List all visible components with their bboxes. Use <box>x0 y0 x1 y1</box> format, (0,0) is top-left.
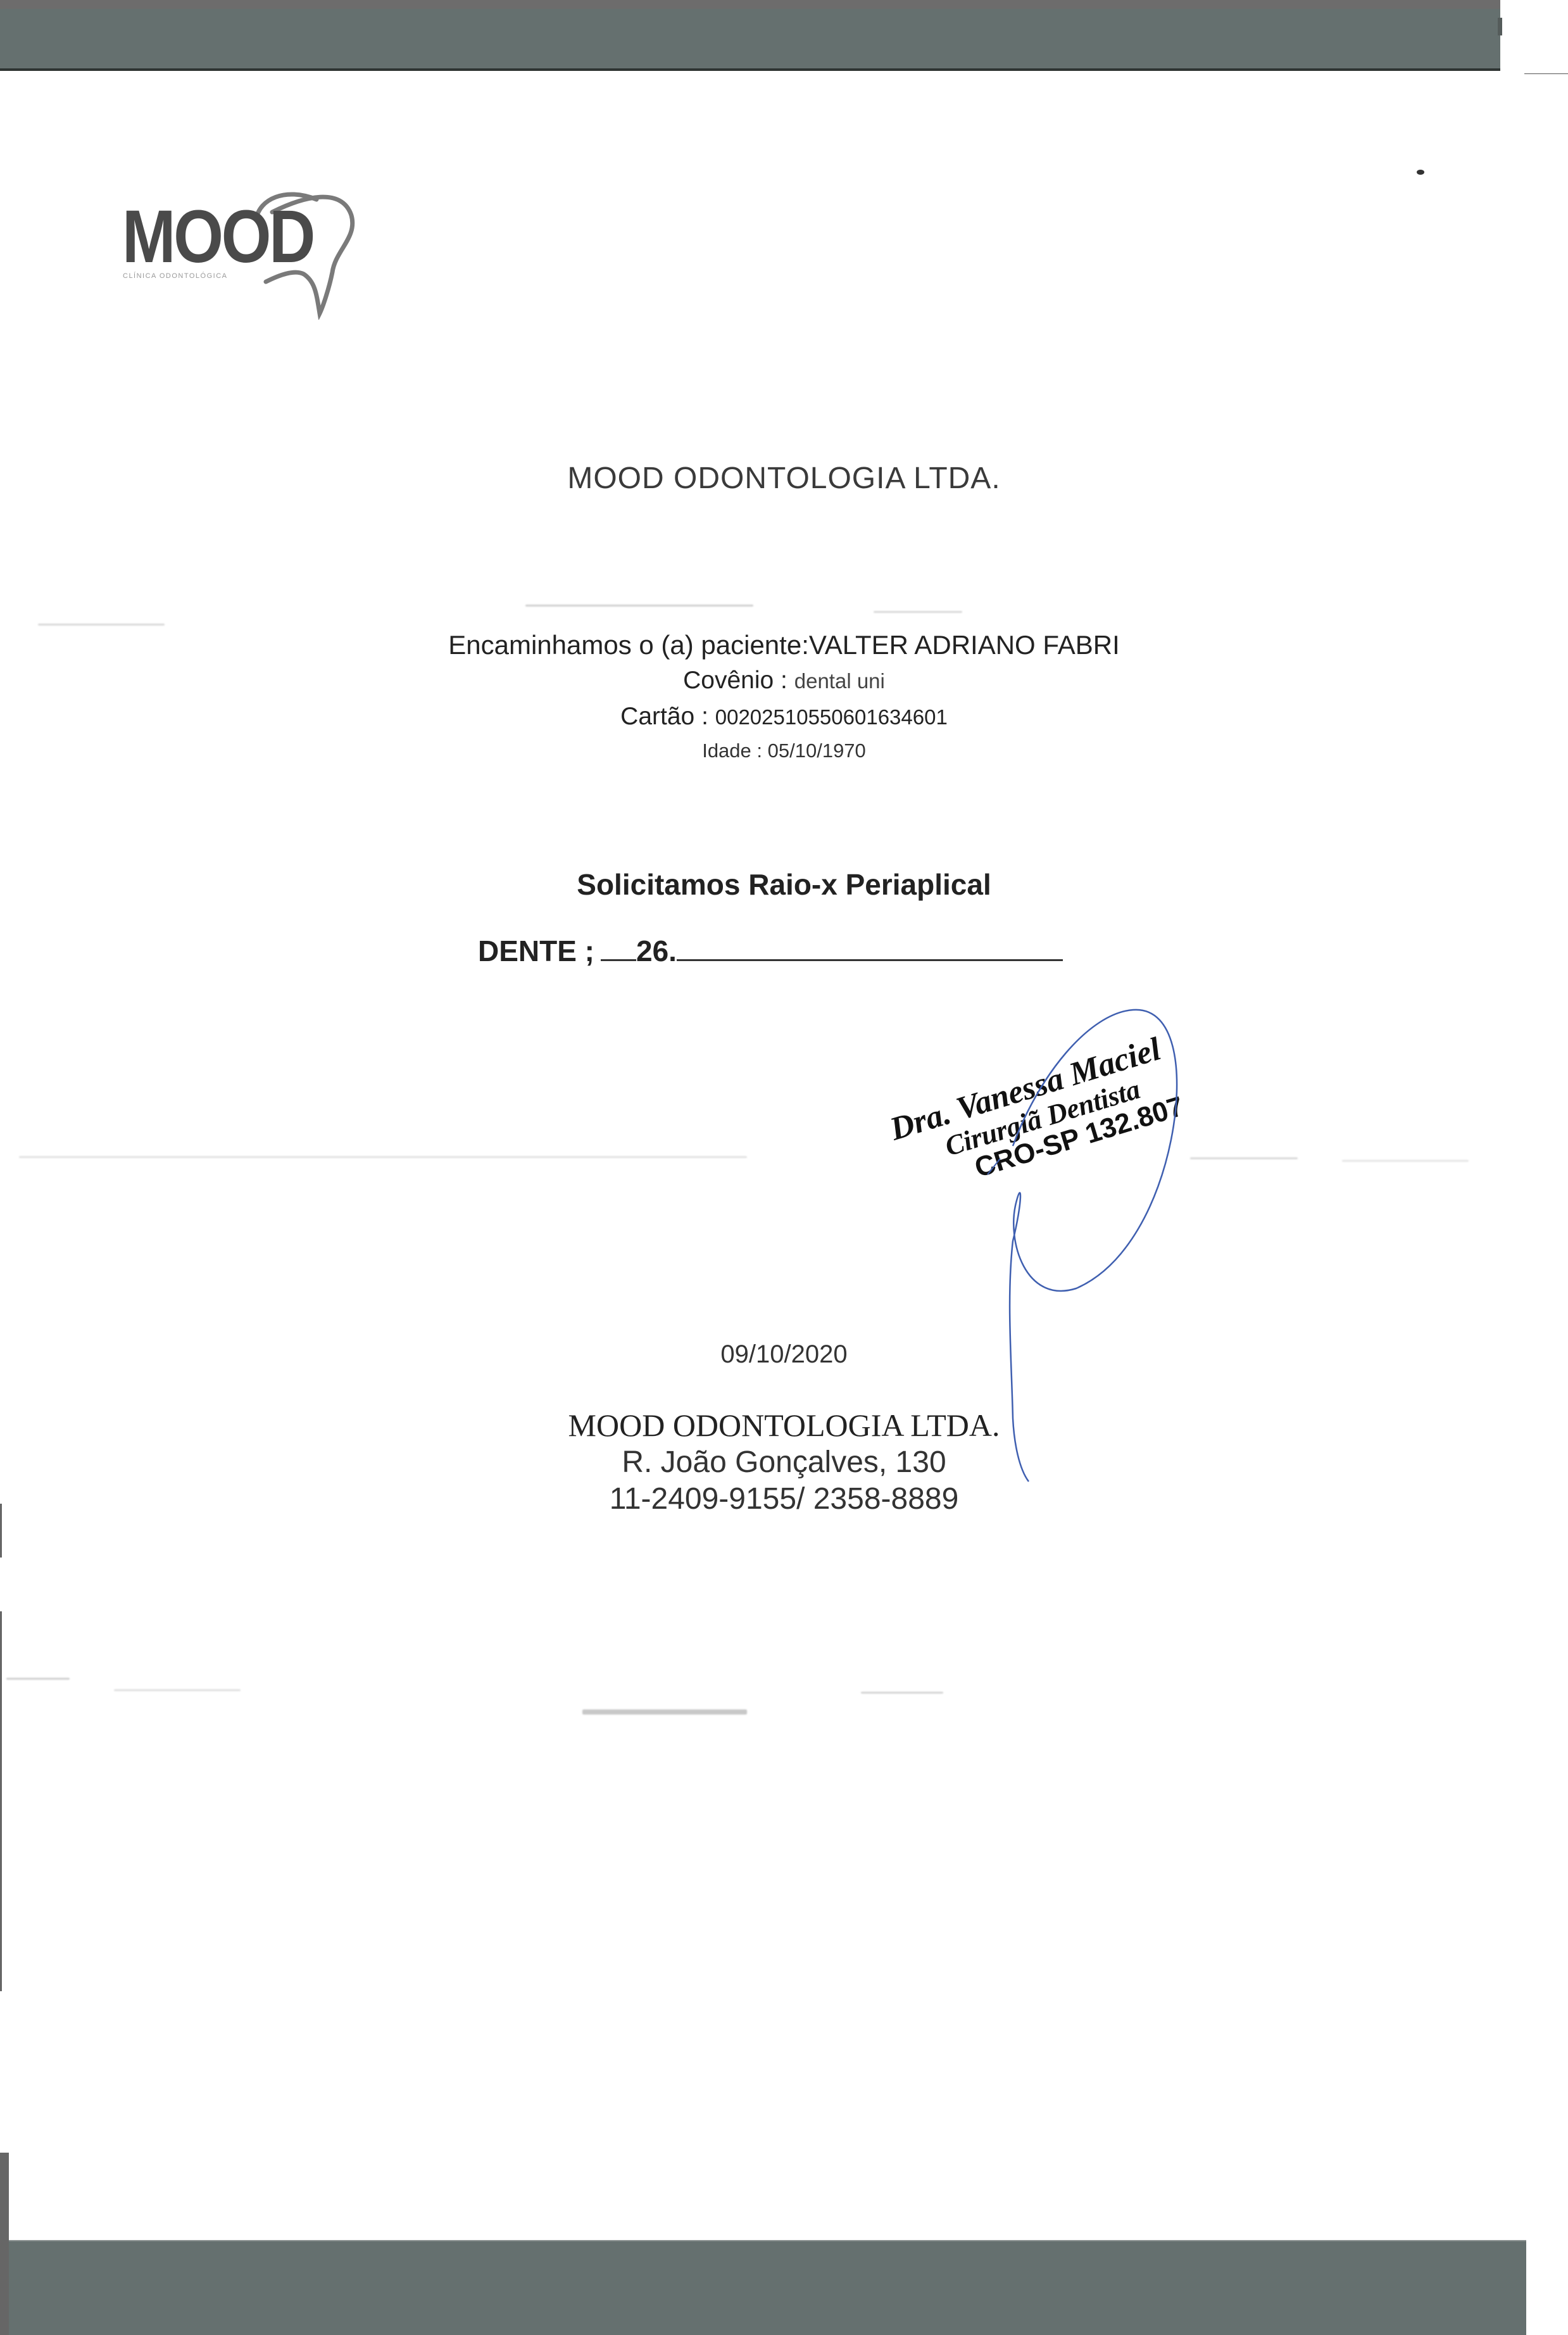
dentist-stamp: Dra. Vanessa Maciel Cirurgiã Dentista CR… <box>886 1031 1187 1204</box>
scan-smudge <box>19 1156 747 1158</box>
scan-smudge <box>525 605 753 607</box>
scan-border-left <box>0 2153 9 2335</box>
tooth-field: DENTE ;26. <box>478 934 1063 968</box>
card-label: Cartão : <box>620 703 708 730</box>
scan-smudge <box>874 611 962 613</box>
clinic-logo: MOOD CLÍNICA ODONTOLÓGICA <box>114 161 367 320</box>
insurance-label: Covênio : <box>683 667 787 694</box>
tooth-blank-underline <box>677 959 1063 961</box>
patient-name: VALTER ADRIANO FABRI <box>809 630 1120 660</box>
company-name-header: MOOD ODONTOLOGIA LTDA. <box>0 461 1568 496</box>
logo-tagline: CLÍNICA ODONTOLÓGICA <box>123 272 228 280</box>
scan-border-top <box>0 0 1500 71</box>
age-label: Idade : <box>702 740 762 762</box>
scan-border-bottom <box>9 2240 1526 2335</box>
scan-border-left <box>0 1611 2 1991</box>
tooth-blank-underline <box>601 959 636 961</box>
tooth-number: 26. <box>636 935 677 967</box>
exam-request-title: Solicitamos Raio-x Periaplical <box>0 867 1568 902</box>
card-line: Cartão : 00202510550601634601 <box>0 703 1568 731</box>
scan-smudge <box>114 1689 241 1691</box>
footer-address: R. João Gonçalves, 130 <box>0 1445 1568 1480</box>
scan-smudge <box>861 1692 943 1694</box>
document-date: 09/10/2020 <box>0 1340 1568 1369</box>
scan-smudge <box>582 1709 747 1715</box>
referral-label: Encaminhamos o (a) paciente: <box>448 630 809 660</box>
card-number: 00202510550601634601 <box>715 705 948 729</box>
scan-smudge <box>1342 1160 1469 1162</box>
footer-company-name: MOOD ODONTOLOGIA LTDA. <box>0 1407 1568 1444</box>
handwritten-signature <box>0 0 1568 2335</box>
insurance-line: Covênio : dental uni <box>0 667 1568 695</box>
insurance-value: dental uni <box>794 669 885 693</box>
birth-date: 05/10/1970 <box>768 740 866 762</box>
scan-speck <box>1417 170 1424 175</box>
tooth-label: DENTE ; <box>478 935 594 967</box>
scan-smudge <box>1190 1157 1298 1159</box>
footer-phone: 11-2409-9155/ 2358-8889 <box>0 1482 1568 1516</box>
scan-smudge <box>6 1678 70 1680</box>
scan-border-tab <box>1498 18 1502 35</box>
logo-wordmark: MOOD <box>122 199 313 274</box>
scan-smudge <box>38 624 165 626</box>
patient-referral-line: Encaminhamos o (a) paciente:VALTER ADRIA… <box>0 630 1568 660</box>
scan-edge-line <box>1524 73 1568 74</box>
age-line: Idade : 05/10/1970 <box>0 740 1568 762</box>
